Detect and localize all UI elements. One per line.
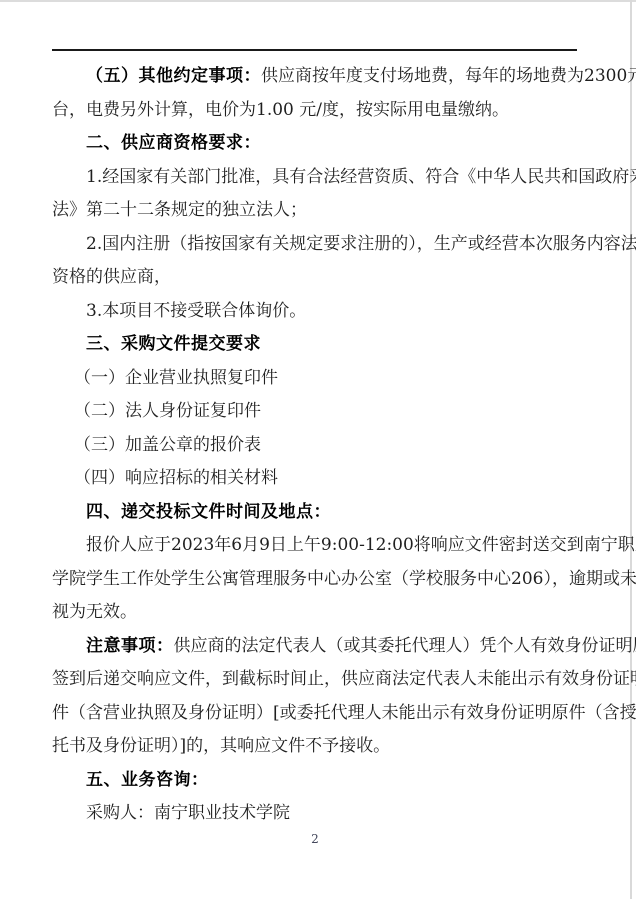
body-text: 视为无效。 (52, 602, 137, 622)
bold-text: 注意事项： (86, 636, 174, 656)
text-line: 资格的供应商， (52, 261, 618, 295)
body-text: 3.本项目不接受联合体询价。 (86, 301, 306, 321)
body-text: （二）法人身份证复印件 (74, 401, 261, 421)
body-text: 托书及身份证明）]的，其响应文件不予接收。 (52, 736, 390, 756)
body-text: 件（含营业执照及身份证明）[或委托代理人未能出示有效身份证明原件（含授权委 (52, 703, 636, 723)
body-text: 学院学生工作处学生公寓管理服务中心办公室（学校服务中心206），逾期或未密封 (52, 569, 636, 589)
text-line: （四）响应招标的相关材料 (52, 462, 618, 496)
body-text: 资格的供应商， (52, 267, 171, 287)
body-text: （四）响应招标的相关材料 (74, 468, 278, 488)
text-line: 3.本项目不接受联合体询价。 (52, 295, 618, 329)
body-text: 报价人应于2023年6月9日上午9:00-12:00将响应文件密封送交到南宁职业… (86, 535, 636, 555)
body-text: 2.国内注册（指按国家有关规定要求注册的），生产或经营本次服务内容法人 (86, 234, 636, 254)
body-text: 台，电费另外计算，电价为1.00 元/度，按实际用电量缴纳。 (52, 100, 509, 120)
text-line: （一）企业营业执照复印件 (52, 362, 618, 396)
page-top-edge (0, 0, 636, 2)
body-text: （一）企业营业执照复印件 (74, 368, 278, 388)
bold-text: 五、业务咨询： (86, 770, 209, 790)
body-text: 法》第二十二条规定的独立法人； (52, 200, 307, 220)
document-page: （五）其他约定事项：供应商按年度支付场地费，每年的场地费为2300元/台，电费另… (0, 0, 636, 899)
text-line: 视为无效。 (52, 596, 618, 630)
bold-text: 二、供应商资格要求： (86, 133, 261, 153)
page-right-edge (630, 0, 632, 899)
text-line: 注意事项：供应商的法定代表人（或其委托代理人）凭个人有效身份证明原件 (52, 630, 618, 664)
body-text: 供应商按年度支付场地费，每年的场地费为2300元/ (261, 66, 636, 86)
text-line: 法》第二十二条规定的独立法人； (52, 194, 618, 228)
bold-text: 四、递交投标文件时间及地点： (86, 502, 331, 522)
text-line: 学院学生工作处学生公寓管理服务中心办公室（学校服务中心206），逾期或未密封 (52, 563, 618, 597)
body-text: （三）加盖公章的报价表 (74, 435, 261, 455)
text-line: （二）法人身份证复印件 (52, 395, 618, 429)
text-line: 五、业务咨询： (52, 764, 618, 798)
text-line: 1.经国家有关部门批准，具有合法经营资质、符合《中华人民共和国政府采购 (52, 161, 618, 195)
text-line: 采购人：南宁职业技术学院 (52, 797, 618, 831)
text-line: 2.国内注册（指按国家有关规定要求注册的），生产或经营本次服务内容法人 (52, 228, 618, 262)
text-line: 签到后递交响应文件，到截标时间止，供应商法定代表人未能出示有效身份证明原 (52, 663, 618, 697)
text-line: 三、采购文件提交要求 (52, 328, 618, 362)
text-line: 四、递交投标文件时间及地点： (52, 496, 618, 530)
text-line: 件（含营业执照及身份证明）[或委托代理人未能出示有效身份证明原件（含授权委 (52, 697, 618, 731)
body-text: 供应商的法定代表人（或其委托代理人）凭个人有效身份证明原件 (174, 636, 636, 656)
text-line: 二、供应商资格要求： (52, 127, 618, 161)
text-line: 报价人应于2023年6月9日上午9:00-12:00将响应文件密封送交到南宁职业… (52, 529, 618, 563)
bold-text: 三、采购文件提交要求 (86, 334, 261, 354)
bold-text: （五）其他约定事项： (86, 66, 261, 86)
page-number: 2 (0, 832, 630, 846)
text-line: （三）加盖公章的报价表 (52, 429, 618, 463)
text-line: 托书及身份证明）]的，其响应文件不予接收。 (52, 730, 618, 764)
body-text: 签到后递交响应文件，到截标时间止，供应商法定代表人未能出示有效身份证明原 (52, 669, 636, 689)
body-text: 采购人：南宁职业技术学院 (86, 803, 290, 823)
body-text: 1.经国家有关部门批准，具有合法经营资质、符合《中华人民共和国政府采购 (86, 167, 636, 187)
text-line: 台，电费另外计算，电价为1.00 元/度，按实际用电量缴纳。 (52, 94, 618, 128)
header-rule (52, 49, 577, 51)
document-body: （五）其他约定事项：供应商按年度支付场地费，每年的场地费为2300元/台，电费另… (52, 60, 618, 831)
text-line: （五）其他约定事项：供应商按年度支付场地费，每年的场地费为2300元/ (52, 60, 618, 94)
